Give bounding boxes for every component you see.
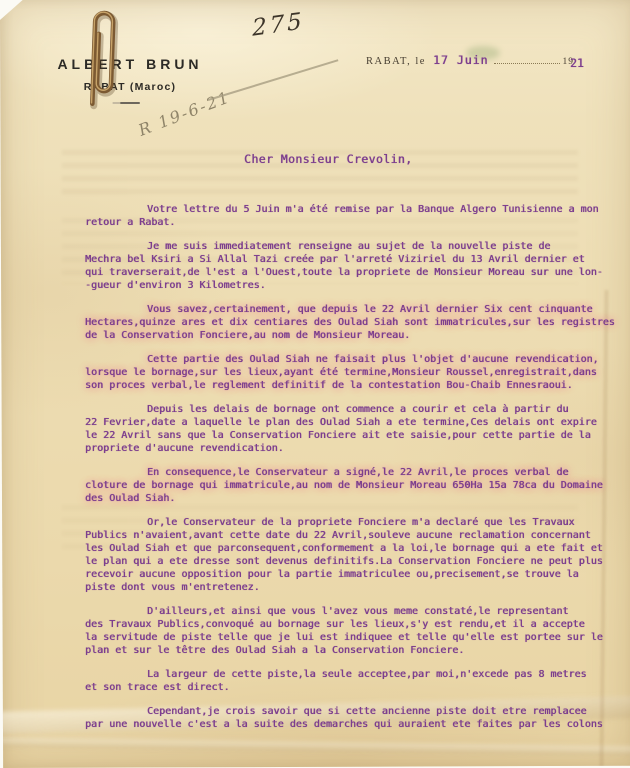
letter-line: le plan qui a ete dresse sont devenus de… bbox=[85, 555, 605, 568]
letter-line: des Oulad Siah. bbox=[85, 492, 605, 505]
letter-line: plan et sur le têtre des Oulad Siah a la… bbox=[85, 644, 605, 657]
dateline-printed-prefix: RABAT, le bbox=[366, 56, 426, 67]
handwritten-page-number: 275 bbox=[252, 8, 305, 41]
letter-paragraph: Votre lettre du 5 Juin m'a été remise pa… bbox=[85, 203, 605, 229]
letter-line: Depuis les delais de bornage ont commenc… bbox=[85, 403, 605, 416]
dateline-typed-date: 17 Juin bbox=[433, 53, 488, 67]
letter-paragraph: La largeur de cette piste,la seule accep… bbox=[85, 668, 605, 694]
dateline-typed-year: 21 bbox=[570, 56, 584, 70]
dateline: RABAT, le 17 Juin 19 21 bbox=[366, 53, 588, 67]
letter-line: Or,le Conservateur de la propriete Fonci… bbox=[85, 516, 605, 529]
letter-line: -gueur d'environ 3 Kilometres. bbox=[85, 279, 605, 292]
letter-paragraph: Or,le Conservateur de la propriete Fonci… bbox=[85, 516, 605, 594]
letter-paragraph: Vous savez,certainement, que depuis le 2… bbox=[85, 303, 605, 342]
salutation: Cher Monsieur Crevolin, bbox=[244, 152, 412, 166]
dateline-dotted-rule bbox=[494, 63, 560, 64]
letter-line: Je me suis immediatement renseigne au su… bbox=[85, 240, 605, 253]
letter-line: Cette partie des Oulad Siah ne faisait p… bbox=[85, 353, 605, 366]
letterhead-rule bbox=[120, 102, 140, 104]
letter-line: le 22 Avril sans que la Conservation Fon… bbox=[85, 429, 605, 442]
letter-paragraph: Je me suis immediatement renseigne au su… bbox=[85, 240, 605, 292]
letterhead-name: ALBERT BRUN bbox=[40, 56, 220, 72]
letter-line: de la Conservation Fonciere,au nom de Mo… bbox=[85, 329, 605, 342]
letter-paragraph: Depuis les delais de bornage ont commenc… bbox=[85, 403, 605, 455]
letter-line: qui traverserait,de l'est a l'Ouest,tout… bbox=[85, 266, 605, 279]
letter-line: piste dont vous m'entretenez. bbox=[85, 581, 605, 594]
letter-body: Votre lettre du 5 Juin m'a été remise pa… bbox=[85, 203, 605, 742]
letter-line: La largeur de cette piste,la seule accep… bbox=[85, 668, 605, 681]
letter-line: lorsque le bornage,sur les lieux,ayant é… bbox=[85, 366, 605, 379]
letter-line: recevoir aucune opposition pour la parti… bbox=[85, 568, 605, 581]
pencil-stroke bbox=[208, 59, 338, 100]
letter-line: son proces verbal,le reglement definitif… bbox=[85, 379, 605, 392]
letter-line: des Travaux Publics,convoqué au bornage … bbox=[85, 618, 605, 631]
letter-line: Hectares,quinze ares et dix centiares de… bbox=[85, 316, 605, 329]
letter-line: retour a Rabat. bbox=[85, 216, 605, 229]
letterhead: ALBERT BRUN RABAT (Maroc) bbox=[40, 56, 220, 104]
letter-line: cloture de bornage qui immatricule,au no… bbox=[85, 479, 605, 492]
letter-line: propriete d'aucune revendication. bbox=[85, 442, 605, 455]
letter-line: Publics n'avaient,avant cette date du 22… bbox=[85, 529, 605, 542]
letter-line: Mechra bel Ksiri a Si Allal Tazi creée p… bbox=[85, 253, 605, 266]
letterhead-location: RABAT (Maroc) bbox=[40, 81, 220, 93]
letter-paragraph: En consequence,le Conservateur a signé,l… bbox=[85, 466, 605, 505]
letter-line: Votre lettre du 5 Juin m'a été remise pa… bbox=[85, 203, 605, 216]
letter-line: et son trace est direct. bbox=[85, 681, 605, 694]
letter-line: Cependant,je crois savoir que si cette a… bbox=[85, 705, 605, 718]
letter-line: D'ailleurs,et ainsi que vous l'avez vous… bbox=[85, 605, 605, 618]
letter-line: 22 Fevrier,date a laquelle le plan des O… bbox=[85, 416, 605, 429]
letter-paragraph: Cependant,je crois savoir que si cette a… bbox=[85, 705, 605, 731]
letter-page: ALBERT BRUN RABAT (Maroc) 275 R 19-6-21 … bbox=[0, 0, 630, 768]
letter-line: la servitude de piste telle que je lui e… bbox=[85, 631, 605, 644]
letter-line: les Oulad Siah et que parconsequent,conf… bbox=[85, 542, 605, 555]
letter-paragraph: D'ailleurs,et ainsi que vous l'avez vous… bbox=[85, 605, 605, 657]
letter-line: En consequence,le Conservateur a signé,l… bbox=[85, 466, 605, 479]
paperclip bbox=[80, 0, 124, 113]
letter-line: Vous savez,certainement, que depuis le 2… bbox=[85, 303, 605, 316]
letter-line: par une nouvelle c'est a la suite des de… bbox=[85, 718, 605, 731]
letter-paragraph: Cette partie des Oulad Siah ne faisait p… bbox=[85, 353, 605, 392]
